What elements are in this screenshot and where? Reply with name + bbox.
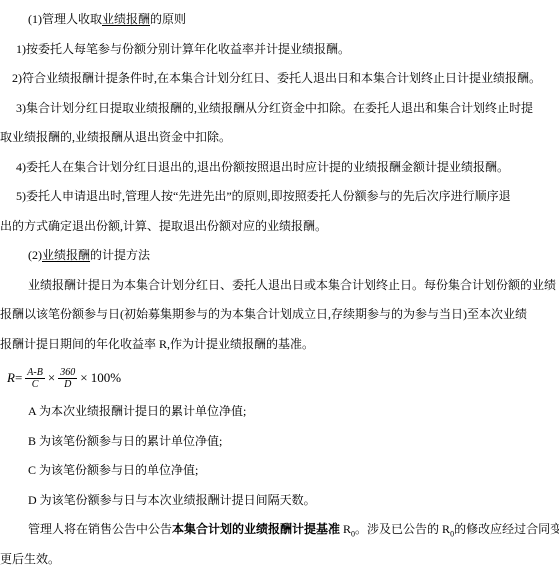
text-segment: 的计提方法 <box>90 248 150 262</box>
text-line: 5)委托人申请退出时,管理人按“先进先出”的原则,即按照委托人份额参与的先后次序… <box>0 182 559 212</box>
text-segment: 3)集合计划分红日提取业绩报酬的,业绩报酬从分红资金中扣除。在委托人退出和集合计… <box>16 101 533 115</box>
text-segment: 2)符合业绩报酬计提条件时,在本集合计划分红日、委托人退出日和本集合计划终止日计… <box>12 71 541 85</box>
formula-text: R <box>7 370 15 386</box>
text-segment: C 为该笔份额参与日的单位净值; <box>28 463 198 477</box>
text-segment: R <box>340 522 351 536</box>
text-line: 1)按委托人每笔参与份额分别计算年化收益率并计提业绩报酬。 <box>0 35 559 65</box>
text-line: 报酬以该笔份额参与日(初始募集期参与的为本集合计划成立日,存续期参与的为参与当日… <box>0 300 559 330</box>
text-segment: (2) <box>28 248 42 262</box>
fraction: 360D <box>58 367 77 390</box>
text-line: 3)集合计划分红日提取业绩报酬的,业绩报酬从分红资金中扣除。在委托人退出和集合计… <box>0 94 559 124</box>
fraction: A-BC <box>25 367 45 390</box>
text-segment: 的修改应经过合同变 <box>454 522 559 536</box>
text-line: C 为该笔份额参与日的单位净值; <box>0 456 559 486</box>
text-segment: 的原则 <box>150 12 186 26</box>
text-segment: D 为该笔份额参与日与本次业绩报酬计提日间隔天数。 <box>28 493 316 507</box>
text-line: 出的方式确定退出份额,计算、提取退出份额对应的业绩报酬。 <box>0 212 559 242</box>
text-line: D 为该笔份额参与日与本次业绩报酬计提日间隔天数。 <box>0 486 559 516</box>
formula-text: × <box>48 370 55 386</box>
text-segment: 5)委托人申请退出时,管理人按“先进先出”的原则,即按照委托人份额参与的先后次序… <box>16 189 511 203</box>
text-segment: 出的方式确定退出份额,计算、提取退出份额对应的业绩报酬。 <box>0 219 327 233</box>
text-line: B 为该笔份额参与日的累计单位净值; <box>0 427 559 457</box>
text-line: 报酬计提日期间的年化收益率 R,作为计提业绩报酬的基准。 <box>0 330 559 360</box>
text-segment: 业绩报酬 <box>102 12 150 26</box>
text-line: 2)符合业绩报酬计提条件时,在本集合计划分红日、委托人退出日和本集合计划终止日计… <box>0 64 559 94</box>
text-line: 管理人将在销售公告中公告本集合计划的业绩报酬计提基准 R0。涉及已公告的 R0的… <box>0 515 559 545</box>
text-segment: 取业绩报酬的,业绩报酬从退出资金中扣除。 <box>0 130 231 144</box>
text-segment: 更后生效。 <box>0 552 60 566</box>
text-line: 业绩报酬计提日为本集合计划分红日、委托人退出日或本集合计划终止日。每份集合计划份… <box>0 271 559 301</box>
text-segment: 管理人将在销售公告中公告 <box>28 522 172 536</box>
text-segment: 4)委托人在集合计划分红日退出的,退出份额按照退出时应计提的业绩报酬金额计提业绩… <box>16 160 509 174</box>
text-segment: 业绩报酬 <box>42 248 90 262</box>
text-line: A 为本次业绩报酬计提日的累计单位净值; <box>0 397 559 427</box>
text-segment: B 为该笔份额参与日的累计单位净值; <box>28 434 222 448</box>
formula-line: R = A-BC × 360D × 100% <box>0 359 559 397</box>
formula-text: × 100% <box>80 370 121 386</box>
document-page: (1)管理人收取业绩报酬的原则1)按委托人每笔参与份额分别计算年化收益率并计提业… <box>0 0 559 584</box>
text-line: (2)业绩报酬的计提方法 <box>0 241 559 271</box>
text-segment: 1)按委托人每笔参与份额分别计算年化收益率并计提业绩报酬。 <box>16 42 350 56</box>
text-segment: A 为本次业绩报酬计提日的累计单位净值; <box>28 404 246 418</box>
text-segment: 业绩报酬计提日为本集合计划分红日、委托人退出日或本集合计划终止日。每份集合计划份… <box>28 278 556 292</box>
text-segment: 报酬计提日期间的年化收益率 R,作为计提业绩报酬的基准。 <box>0 337 314 351</box>
text-segment: 本集合计划的业绩报酬计提基准 <box>172 522 340 536</box>
text-segment: (1)管理人收取 <box>28 12 102 26</box>
text-segment: 报酬以该笔份额参与日(初始募集期参与的为本集合计划成立日,存续期参与的为参与当日… <box>0 307 527 321</box>
text-segment: 。涉及已公告的 R <box>355 522 450 536</box>
text-line: 取业绩报酬的,业绩报酬从退出资金中扣除。 <box>0 123 559 153</box>
text-line: (1)管理人收取业绩报酬的原则 <box>0 5 559 35</box>
formula-text: = <box>15 370 22 386</box>
text-line: 4)委托人在集合计划分红日退出的,退出份额按照退出时应计提的业绩报酬金额计提业绩… <box>0 153 559 183</box>
text-line: 更后生效。 <box>0 545 559 575</box>
